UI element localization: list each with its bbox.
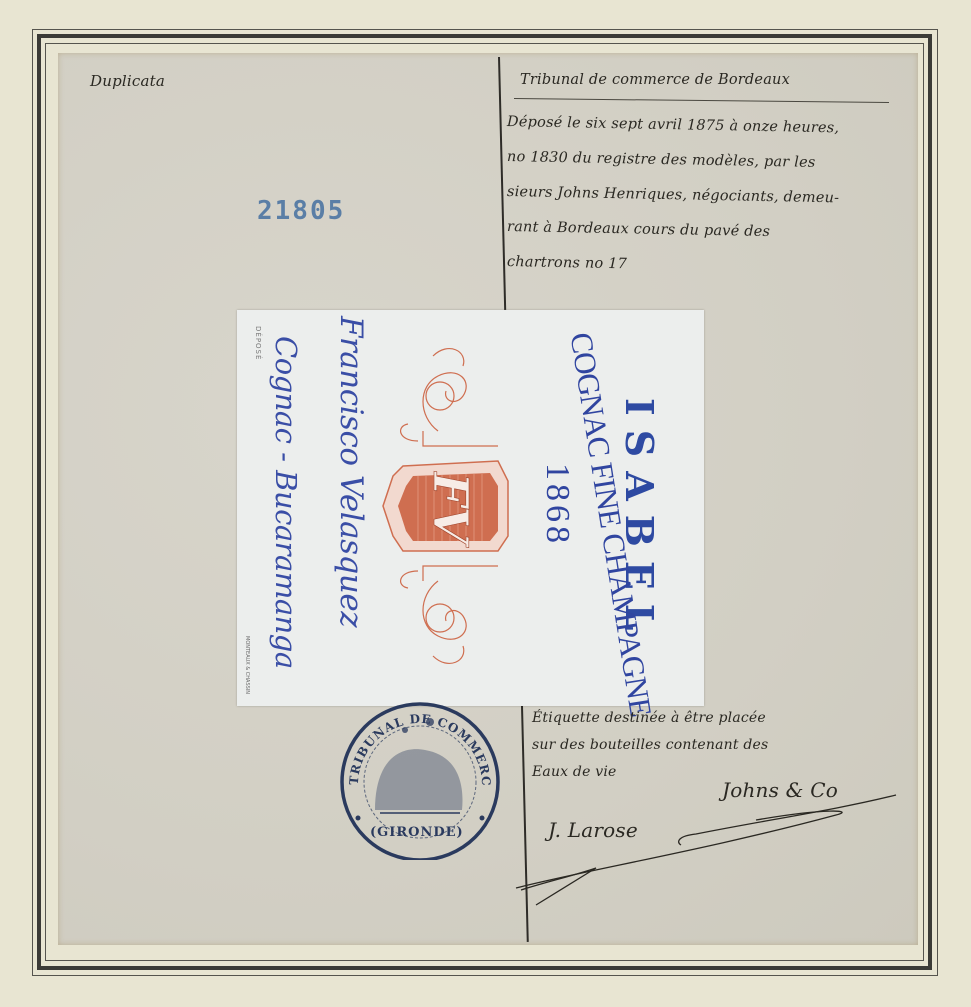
deposit-record: Déposé le six sept avril 1875 à onze heu… [507,105,917,280]
svg-text:FV: FV [422,470,478,548]
owner-script: Francisco Velasquez [333,316,369,627]
vintage-year: 1868 [538,463,576,547]
duplicate-note: Duplicata [90,72,165,90]
place-script: Cognac - Bucaramanga [269,336,303,669]
note-line: Étiquette destinée à être placée [532,705,912,732]
registration-number-stamp: 21805 [257,196,345,226]
court-header: Tribunal de commerce de Bordeaux [520,72,790,88]
signature-flourish-icon [506,790,906,910]
seal-bottom-text: (GIRONDE) [370,825,464,840]
printer-credit: MONTEAUX & CHASSIN [244,636,250,694]
deposit-mark: DÉPOSÉ [254,326,262,360]
label-purpose-note: Étiquette destinée à être placée sur des… [532,705,912,786]
note-line: sur des bouteilles contenant des [532,732,912,759]
monogram-crest-icon: FV [378,336,513,676]
